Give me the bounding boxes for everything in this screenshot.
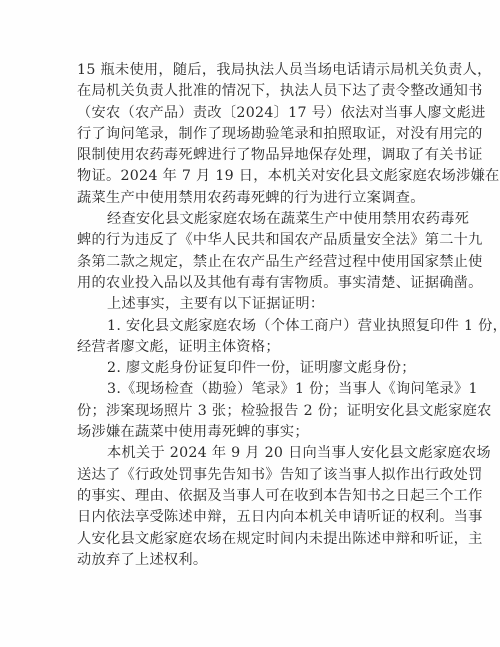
evidence-item-1-line: 1. 安化县文彪家庭农场（个体工商户）营业执照复印件 1 份，: [77, 316, 439, 337]
text-line: 蔬菜生产中使用禁用农药毒死蜱的行为进行立案调查。: [77, 188, 439, 209]
paragraph-start-line: 本机关于 2024 年 9 月 20 日向当事人安化县文彪家庭农场: [77, 443, 439, 464]
paragraph-start-line: 上述事实，主要有以下证据证明：: [77, 294, 439, 315]
text-line: 日内依法享受陈述申辩，五日内向本机关申请听证的权利。当事: [77, 507, 439, 528]
text-line: 蜱的行为违反了《中华人民共和国农产品质量安全法》第二十九: [77, 230, 439, 251]
paragraph-start-line: 经查安化县文彪家庭农场在蔬菜生产中使用禁用农药毒死: [77, 209, 439, 230]
text-line: 用的农业投入品以及其他有毒有害物质。事实清楚、证据确凿。: [77, 273, 439, 294]
text-line: 经营者廖文彪，证明主体资格；: [77, 337, 439, 358]
text-line: 限制使用农药毒死蜱进行了物品异地保存处理，调取了有关书证: [77, 145, 439, 166]
evidence-item-3-line: 3.《现场检查（勘验）笔录》1 份；当事人《询问笔录》1: [77, 379, 439, 400]
text-line: 在局机关负责人批准的情况下，执法人员下达了责令整改通知书: [77, 81, 439, 102]
text-line: 送达了《行政处罚事先告知书》告知了该当事人拟作出行政处罚: [77, 465, 439, 486]
text-line: 份；涉案现场照片 3 张；检验报告 2 份；证明安化县文彪家庭农: [77, 401, 439, 422]
document-page: 15 瓶未使用，随后，我局执法人员当场电话请示局机关负责人， 在局机关负责人批准…: [0, 0, 500, 647]
document-body: 15 瓶未使用，随后，我局执法人员当场电话请示局机关负责人， 在局机关负责人批准…: [77, 60, 439, 571]
text-line: 的事实、理由、依据及当事人可在收到本告知书之日起三个工作: [77, 486, 439, 507]
text-line: 行了询问笔录，制作了现场勘验笔录和拍照取证，对没有用完的: [77, 124, 439, 145]
text-line: 人安化县文彪家庭农场在规定时间内未提出陈述申辩和听证，主: [77, 529, 439, 550]
evidence-item-2-line: 2. 廖文彪身份证复印件一份，证明廖文彪身份；: [77, 358, 439, 379]
text-line: 15 瓶未使用，随后，我局执法人员当场电话请示局机关负责人，: [77, 60, 439, 81]
text-line: 物证。2024 年 7 月 19 日，本机关对安化县文彪家庭农场涉嫌在: [77, 166, 439, 187]
text-line: （安农（农产品）责改〔2024〕17 号）依法对当事人廖文彪进: [77, 103, 439, 124]
text-line: 动放弃了上述权利。: [77, 550, 439, 571]
text-line: 场涉嫌在蔬菜中使用毒死蜱的事实；: [77, 422, 439, 443]
text-line: 条第二款之规定，禁止在农产品生产经营过程中使用国家禁止使: [77, 252, 439, 273]
